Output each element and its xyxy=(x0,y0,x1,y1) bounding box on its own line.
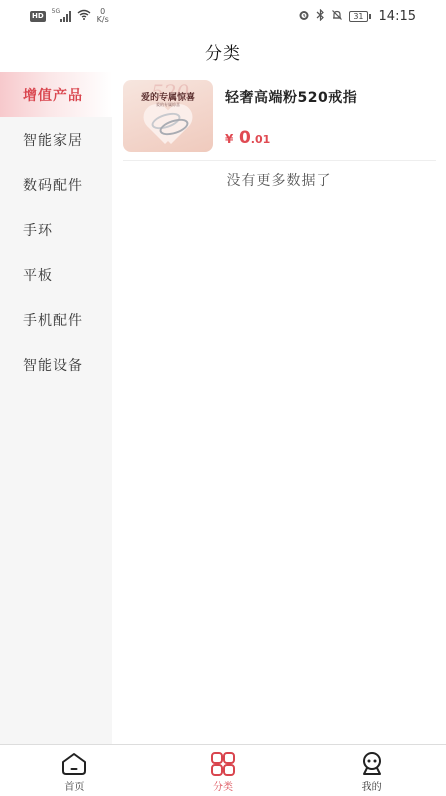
hd-icon: HD xyxy=(30,11,46,22)
wifi-icon xyxy=(77,9,91,23)
network-speed: 0 K/s xyxy=(97,8,109,24)
status-left: HD 5G 0 K/s xyxy=(30,8,109,24)
tab-profile[interactable]: 我的 xyxy=(297,745,446,796)
home-icon xyxy=(60,751,88,777)
sidebar-item-value-added-products[interactable]: 增值产品 xyxy=(0,72,112,117)
product-price: ¥ 0.01 xyxy=(225,128,270,148)
product-list: 520 爱的专属惊喜 爱的专属惊喜 轻奢高端粉520戒指 ¥ 0.01 没有更多… xyxy=(112,72,446,744)
status-right: 31 14:15 xyxy=(298,9,416,24)
sidebar-item-smart-devices[interactable]: 智能设备 xyxy=(0,342,112,387)
clock: 14:15 xyxy=(379,9,416,24)
battery-icon: 31 xyxy=(349,11,370,22)
tab-home[interactable]: 首页 xyxy=(0,745,149,796)
product-card[interactable]: 520 爱的专属惊喜 爱的专属惊喜 轻奢高端粉520戒指 ¥ 0.01 xyxy=(123,80,436,161)
bottom-tab-bar: 首页 分类 我的 xyxy=(0,744,446,796)
sidebar-item-tablet[interactable]: 平板 xyxy=(0,252,112,297)
mute-icon xyxy=(331,9,343,24)
sidebar-item-wristband[interactable]: 手环 xyxy=(0,207,112,252)
header: 分类 xyxy=(0,32,446,70)
page-title: 分类 xyxy=(205,39,241,64)
sidebar-item-phone-accessories[interactable]: 手机配件 xyxy=(0,297,112,342)
image-subtitle: 爱的专属惊喜 xyxy=(123,102,213,108)
status-bar: HD 5G 0 K/s 31 14:15 xyxy=(0,0,446,32)
alarm-icon xyxy=(298,9,310,24)
tab-category[interactable]: 分类 xyxy=(149,745,298,796)
product-image[interactable]: 520 爱的专属惊喜 爱的专属惊喜 xyxy=(123,80,213,152)
sidebar-item-digital-accessories[interactable]: 数码配件 xyxy=(0,162,112,207)
bluetooth-icon xyxy=(316,9,325,24)
sidebar-item-smart-home[interactable]: 智能家居 xyxy=(0,117,112,162)
category-icon xyxy=(209,751,237,777)
profile-icon xyxy=(358,751,386,777)
signal-icon: 5G xyxy=(52,10,71,22)
product-info: 轻奢高端粉520戒指 ¥ 0.01 xyxy=(213,80,436,160)
category-sidebar: 增值产品 智能家居 数码配件 手环 平板 手机配件 智能设备 xyxy=(0,72,112,744)
product-name[interactable]: 轻奢高端粉520戒指 xyxy=(225,87,436,107)
no-more-data-text: 没有更多数据了 xyxy=(112,170,446,190)
